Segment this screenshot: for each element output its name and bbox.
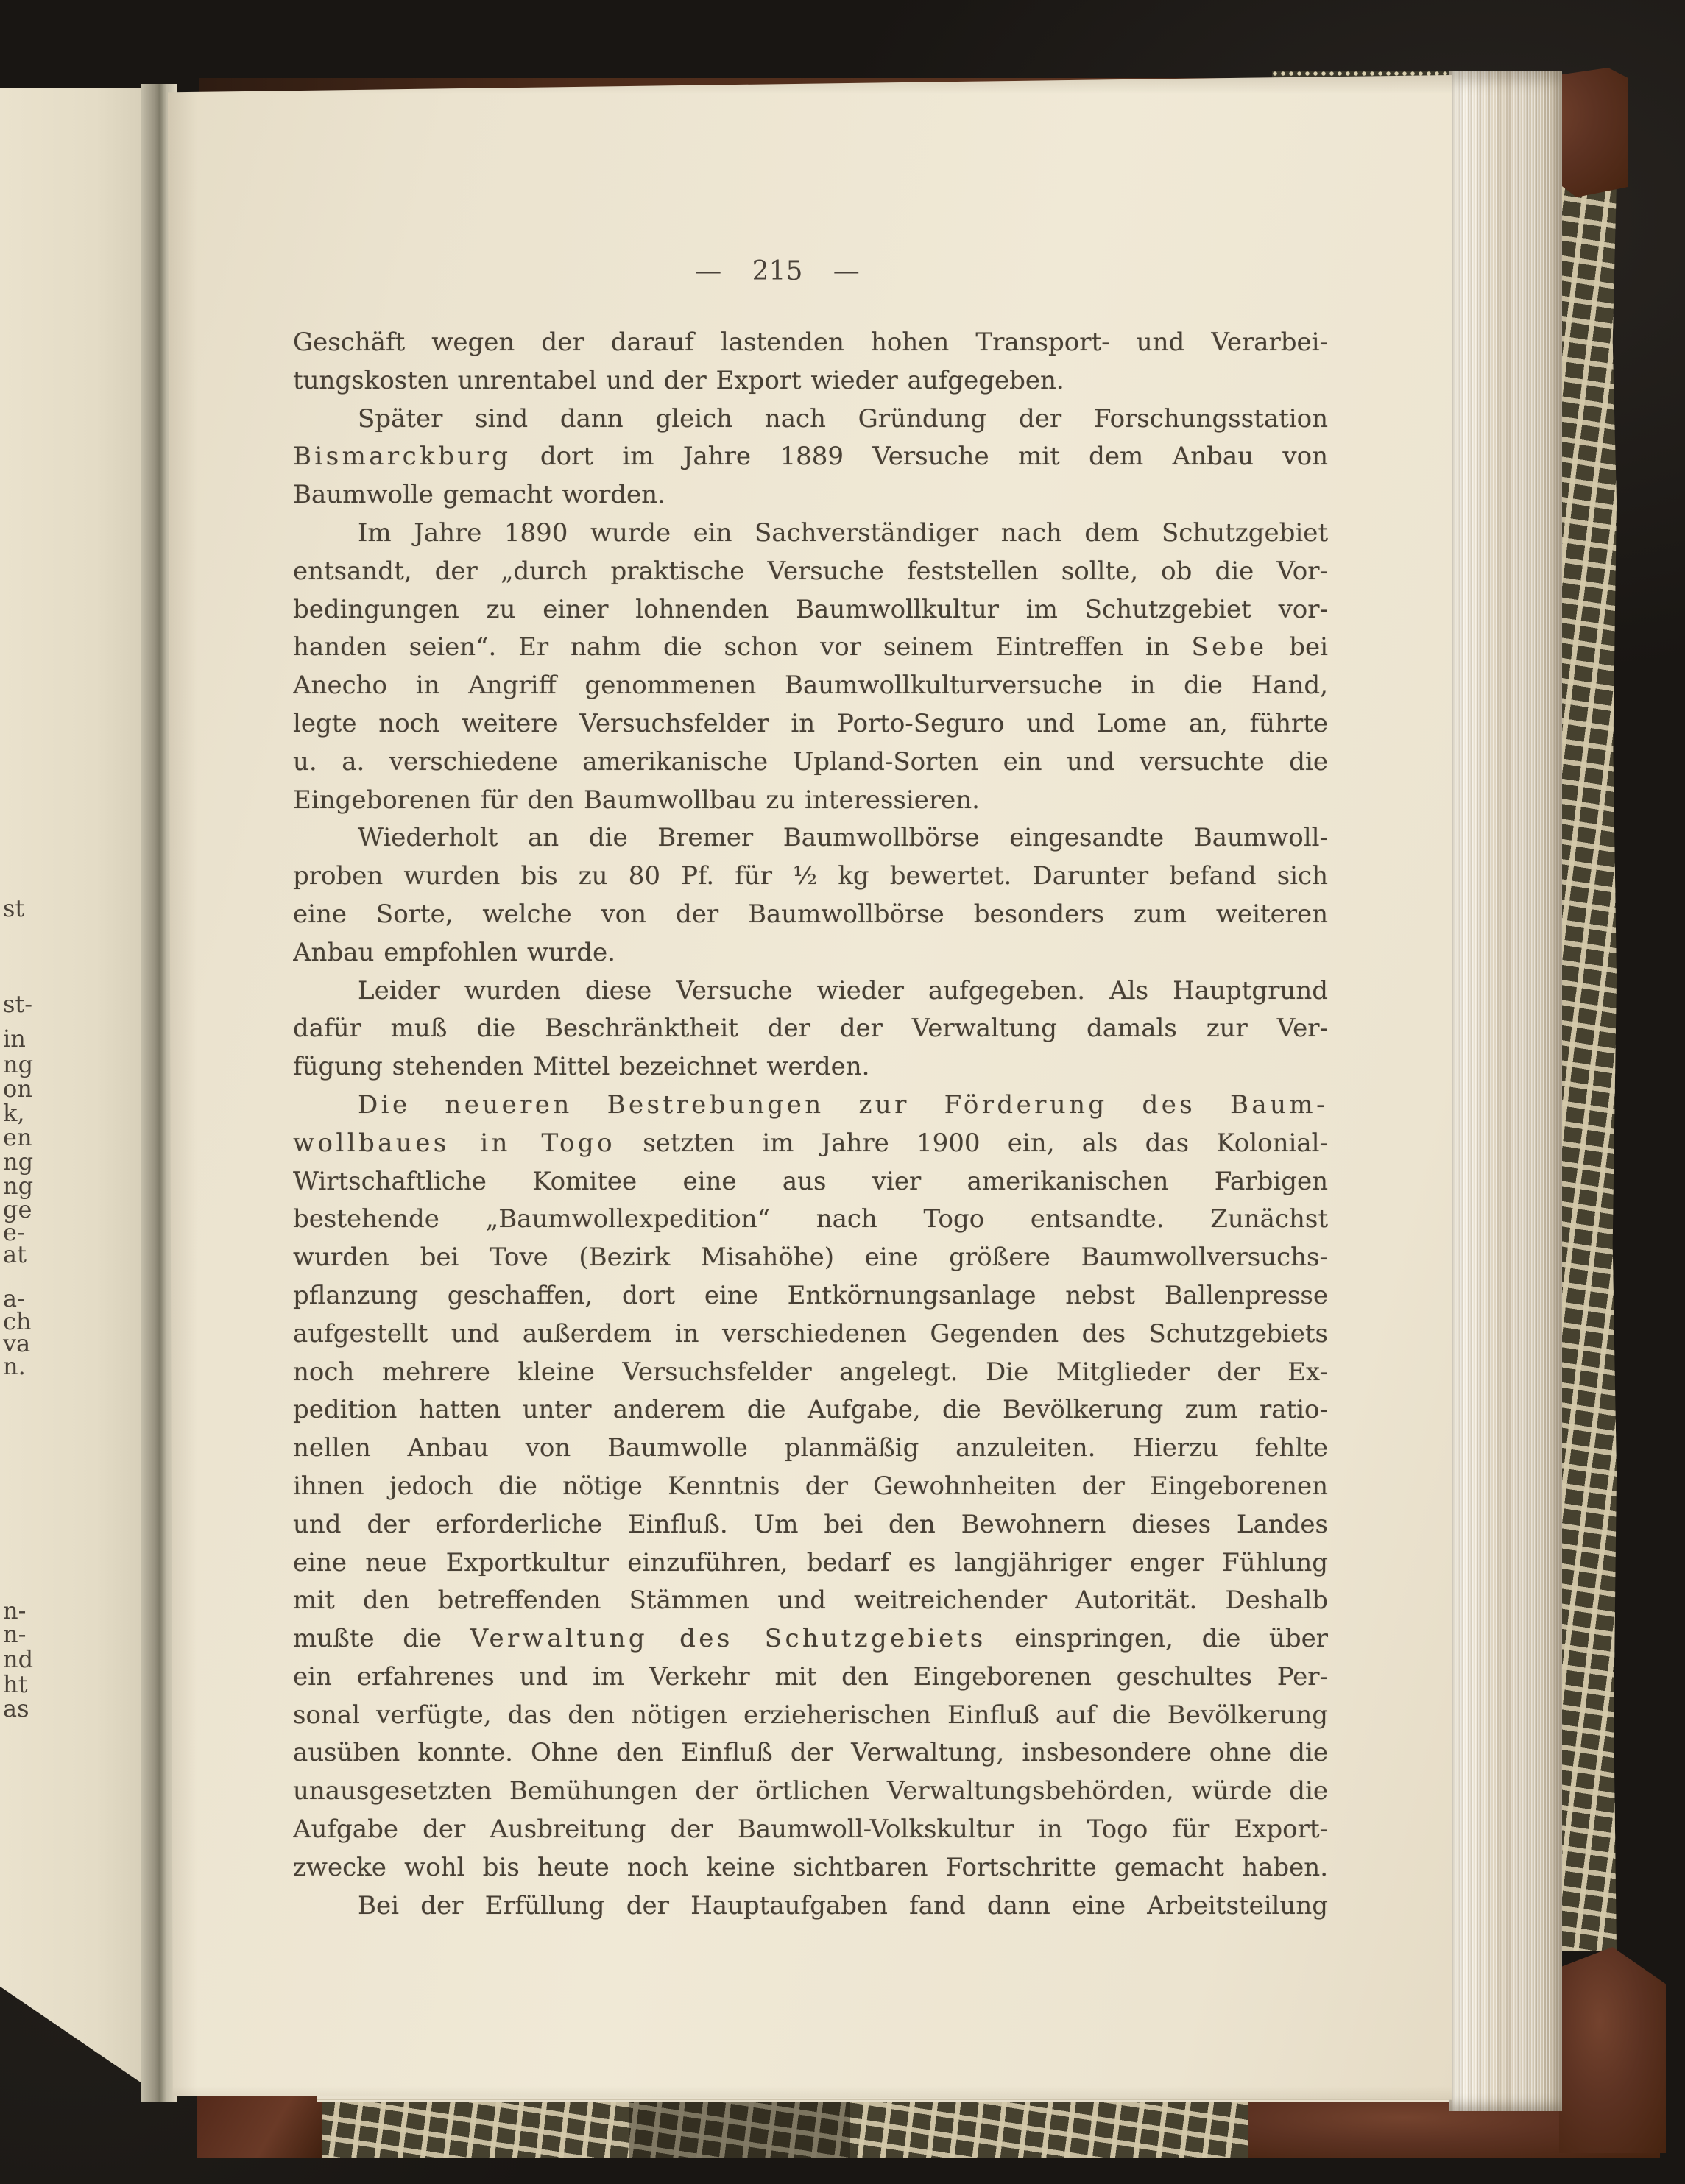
text-segment: Baumwolle gemacht worden. xyxy=(293,480,665,509)
text-segment: nellen Anbau von Baumwolle planmäßig anz… xyxy=(293,1433,1328,1463)
text-segment: ihnen jedoch die nötige Kenntnis der Gew… xyxy=(293,1471,1328,1501)
text-line: Leider wurden diese Versuche wieder aufg… xyxy=(293,972,1328,1011)
text-line: ein erfahrenes und im Verkehr mit den Ei… xyxy=(293,1658,1328,1697)
text-segment: fügung stehenden Mittel bezeichnet werde… xyxy=(293,1052,869,1081)
text-segment: Später sind dann gleich nach Gründung de… xyxy=(358,404,1328,434)
text-line: wollbaues in Togo setzten im Jahre 1900 … xyxy=(293,1125,1328,1163)
text-segment: Anbau empfohlen wurde. xyxy=(293,938,615,967)
text-segment: ein erfahrenes und im Verkehr mit den Ei… xyxy=(293,1662,1328,1692)
text-line: ihnen jedoch die nötige Kenntnis der Gew… xyxy=(293,1468,1328,1506)
left-page-fragment: as xyxy=(3,1697,29,1720)
text-line: Im Jahre 1890 wurde ein Sachverständiger… xyxy=(293,515,1328,553)
text-line: mußte die Verwaltung des Schutzgebiets e… xyxy=(293,1620,1328,1658)
text-line: Baumwolle gemacht worden. xyxy=(293,476,1328,515)
text-line: Anbau empfohlen wurde. xyxy=(293,934,1328,972)
text-segment: Bei der Erfüllung der Hauptaufgaben fand… xyxy=(358,1891,1328,1920)
text-segment: entsandt, der „durch praktische Versuche… xyxy=(293,556,1328,586)
text-line: zwecke wohl bis heute noch keine sichtba… xyxy=(293,1849,1328,1887)
text-segment: Wirtschaftliche Komitee eine aus vier am… xyxy=(293,1167,1328,1196)
text-segment: Wiederholt an die Bremer Baumwollbörse e… xyxy=(358,823,1328,852)
text-line: unausgesetzten Bemühungen der örtlichen … xyxy=(293,1773,1328,1811)
left-page: stst-inngonk,enngnggee-ata-chvan.n-n-ndh… xyxy=(0,88,159,2095)
letterspaced-segment: Die neueren Bestrebungen zur Förderung d… xyxy=(358,1090,1328,1120)
text-line: sonal verfügte, das den nötigen erzieher… xyxy=(293,1697,1328,1735)
text-segment: wurden bei Tove (Bezirk Misahöhe) eine g… xyxy=(293,1243,1328,1272)
text-segment: dort im Jahre 1889 Versuche mit dem Anba… xyxy=(511,442,1328,471)
left-page-fragment: n- xyxy=(3,1599,26,1622)
text-line: Bei der Erfüllung der Hauptaufgaben fand… xyxy=(293,1887,1328,1926)
left-page-fragment: on xyxy=(3,1077,32,1100)
text-line: eine neue Exportkultur einzuführen, beda… xyxy=(293,1544,1328,1583)
text-segment: einspringen, die über xyxy=(986,1624,1328,1653)
text-segment: mit den betreffenden Stämmen und weitrei… xyxy=(293,1586,1328,1615)
text-segment: Geschäft wegen der darauf lastenden hohe… xyxy=(293,328,1328,357)
text-segment: mußte die xyxy=(293,1624,470,1653)
text-segment: unausgesetzten Bemühungen der örtlichen … xyxy=(293,1776,1328,1806)
left-page-fragment: at xyxy=(3,1243,27,1266)
letterspaced-segment: Sebe xyxy=(1191,632,1267,662)
text-line: noch mehrere kleine Versuchsfelder angel… xyxy=(293,1354,1328,1392)
left-page-fragment: n- xyxy=(3,1622,26,1646)
text-line: Aufgabe der Ausbreitung der Baumwoll-Vol… xyxy=(293,1811,1328,1849)
text-segment: pedition hatten unter anderem die Aufgab… xyxy=(293,1395,1328,1424)
text-line: und der erforderliche Einfluß. Um bei de… xyxy=(293,1506,1328,1544)
text-line: Bismarckburg dort im Jahre 1889 Versuche… xyxy=(293,438,1328,476)
page-block-fore-edge xyxy=(1449,71,1562,2111)
text-line: Anecho in Angriff genommenen Baumwollkul… xyxy=(293,667,1328,705)
left-page-fragment: ng xyxy=(3,1053,33,1076)
text-line: u. a. verschiedene amerikanische Upland-… xyxy=(293,743,1328,782)
text-line: entsandt, der „durch praktische Versuche… xyxy=(293,553,1328,591)
letterspaced-segment: wollbaues in Togo xyxy=(293,1128,615,1158)
text-segment: und der erforderliche Einfluß. Um bei de… xyxy=(293,1510,1328,1539)
text-line: mit den betreffenden Stämmen und weitrei… xyxy=(293,1582,1328,1620)
text-segment: bei xyxy=(1267,632,1328,662)
text-line: Wiederholt an die Bremer Baumwollbörse e… xyxy=(293,819,1328,858)
text-segment: Anecho in Angriff genommenen Baumwollkul… xyxy=(293,671,1328,700)
text-segment: proben wurden bis zu 80 Pf. für ½ kg bew… xyxy=(293,861,1328,891)
text-line: eine Sorte, welche von der Baumwollbörse… xyxy=(293,896,1328,934)
text-segment: tungskosten unrentabel und der Export wi… xyxy=(293,366,1064,395)
text-segment: zwecke wohl bis heute noch keine sichtba… xyxy=(293,1853,1328,1882)
text-segment: u. a. verschiedene amerikanische Upland-… xyxy=(293,747,1328,777)
text-line: pflanzung geschaffen, dort eine Entkörnu… xyxy=(293,1277,1328,1315)
letterspaced-segment: Bismarckburg xyxy=(293,442,511,471)
text-segment: ausüben konnte. Ohne den Einfluß der Ver… xyxy=(293,1738,1328,1767)
leather-bottom-right xyxy=(1559,1947,1666,2153)
text-line: bedingungen zu einer lohnenden Baumwollk… xyxy=(293,591,1328,629)
cover-cloth-bottom-band xyxy=(313,2096,1248,2158)
text-line: aufgestellt und außerdem in verschiedene… xyxy=(293,1315,1328,1354)
text-segment: dafür muß die Beschränktheit der der Ver… xyxy=(293,1014,1328,1043)
text-segment: Im Jahre 1890 wurde ein Sachverständiger… xyxy=(358,518,1328,548)
left-page-fragment: nd xyxy=(3,1647,33,1671)
left-page-fragment: st xyxy=(3,897,24,920)
text-line: Die neueren Bestrebungen zur Förderung d… xyxy=(293,1086,1328,1125)
left-page-fragment: en xyxy=(3,1125,32,1149)
text-segment: sonal verfügte, das den nötigen erzieher… xyxy=(293,1700,1328,1730)
text-line: legte noch weitere Versuchsfelder in Por… xyxy=(293,705,1328,743)
text-segment: pflanzung geschaffen, dort eine Entkörnu… xyxy=(293,1281,1328,1310)
text-line: fügung stehenden Mittel bezeichnet werde… xyxy=(293,1048,1328,1086)
text-line: pedition hatten unter anderem die Aufgab… xyxy=(293,1391,1328,1430)
cover-cloth-worn-patch xyxy=(629,2096,850,2158)
text-segment: Leider wurden diese Versuche wieder aufg… xyxy=(358,976,1328,1006)
text-segment: bestehende „Baumwollexpedition“ nach Tog… xyxy=(293,1204,1328,1234)
text-line: dafür muß die Beschränktheit der der Ver… xyxy=(293,1010,1328,1048)
text-segment: eine Sorte, welche von der Baumwollbörse… xyxy=(293,900,1328,929)
text-line: Eingeborenen für den Baumwollbau zu inte… xyxy=(293,782,1328,820)
left-page-fragment: ht xyxy=(3,1672,27,1696)
page-number: — 215 — xyxy=(260,256,1295,286)
text-line: tungskosten unrentabel und der Export wi… xyxy=(293,362,1328,400)
text-line: Später sind dann gleich nach Gründung de… xyxy=(293,400,1328,439)
text-line: wurden bei Tove (Bezirk Misahöhe) eine g… xyxy=(293,1239,1328,1277)
text-line: bestehende „Baumwollexpedition“ nach Tog… xyxy=(293,1201,1328,1239)
text-line: Wirtschaftliche Komitee eine aus vier am… xyxy=(293,1163,1328,1201)
leather-corner-bottom-left xyxy=(197,2091,322,2158)
left-page-fragment: k, xyxy=(3,1101,25,1125)
left-page-fragment: ng xyxy=(3,1174,33,1198)
cover-cloth-right-strip xyxy=(1561,183,1617,1951)
text-line: handen seien“. Er nahm die schon vor sei… xyxy=(293,629,1328,667)
text-segment: setzten im Jahre 1900 ein, als das Kolon… xyxy=(615,1128,1328,1158)
text-segment: handen seien“. Er nahm die schon vor sei… xyxy=(293,632,1191,662)
left-page-fragment: n. xyxy=(3,1354,26,1378)
left-page-fragment: in xyxy=(3,1027,26,1050)
text-line: Geschäft wegen der darauf lastenden hohe… xyxy=(293,324,1328,362)
text-segment: Aufgabe der Ausbreitung der Baumwoll-Vol… xyxy=(293,1814,1328,1844)
main-page: — 215 — Geschäft wegen der darauf lasten… xyxy=(168,75,1452,2101)
text-segment: legte noch weitere Versuchsfelder in Por… xyxy=(293,709,1328,738)
text-segment: Eingeborenen für den Baumwollbau zu inte… xyxy=(293,785,980,815)
text-segment: noch mehrere kleine Versuchsfelder angel… xyxy=(293,1357,1328,1387)
text-block: Geschäft wegen der darauf lastenden hohe… xyxy=(293,324,1328,1925)
text-segment: aufgestellt und außerdem in verschiedene… xyxy=(293,1319,1328,1349)
text-line: proben wurden bis zu 80 Pf. für ½ kg bew… xyxy=(293,858,1328,896)
text-segment: bedingungen zu einer lohnenden Baumwollk… xyxy=(293,595,1328,624)
letterspaced-segment: Verwaltung des Schutzgebiets xyxy=(470,1624,986,1653)
text-line: nellen Anbau von Baumwolle planmäßig anz… xyxy=(293,1430,1328,1468)
left-page-fragment: st- xyxy=(3,992,32,1016)
left-page-fragment: ng xyxy=(3,1150,33,1173)
text-segment: eine neue Exportkultur einzuführen, beda… xyxy=(293,1548,1328,1577)
text-line: ausüben konnte. Ohne den Einfluß der Ver… xyxy=(293,1734,1328,1773)
